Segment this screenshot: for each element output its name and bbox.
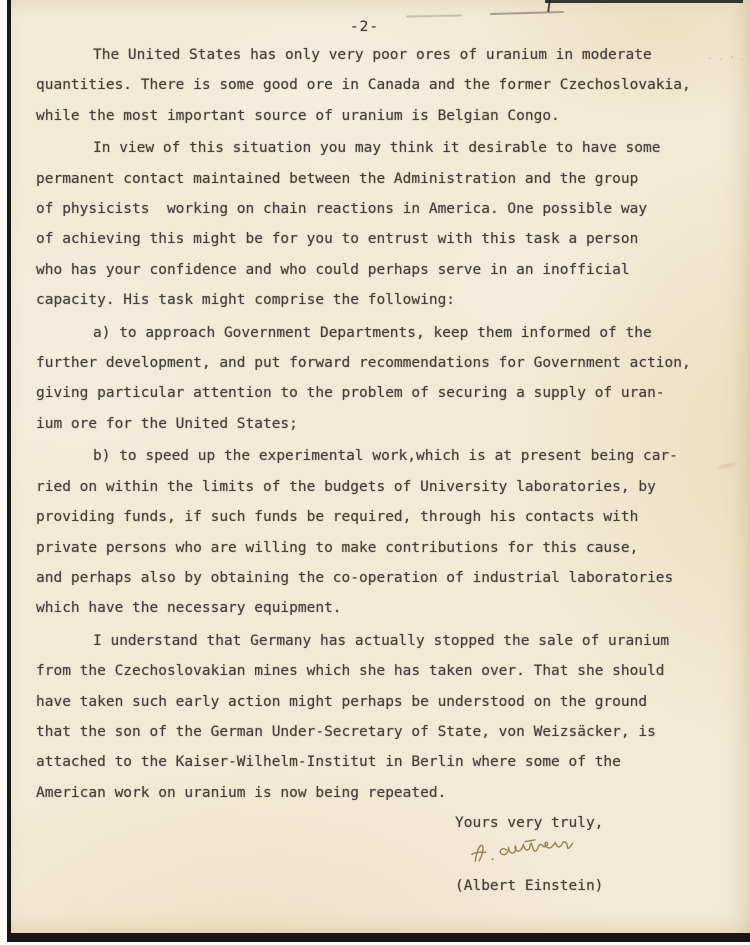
paragraph: In view of this situation you may think … — [36, 133, 744, 315]
scanned-letter-page: -2- The United States has only very poor… — [0, 0, 750, 945]
closing-block: Yours very truly, (Albert Einstein) — [455, 808, 603, 901]
paragraph: a) to approach Government Departments, k… — [36, 318, 744, 440]
page-number: -2- — [11, 12, 718, 42]
letter-paper: -2- The United States has only very poor… — [7, 0, 750, 942]
paragraph: b) to speed up the experimental work,whi… — [36, 441, 744, 623]
paragraph: The United States has only very poor ore… — [36, 40, 744, 131]
letter-body: The United States has only very poor ore… — [36, 40, 744, 808]
paragraph: I understand that Germany has actually s… — [36, 626, 744, 808]
